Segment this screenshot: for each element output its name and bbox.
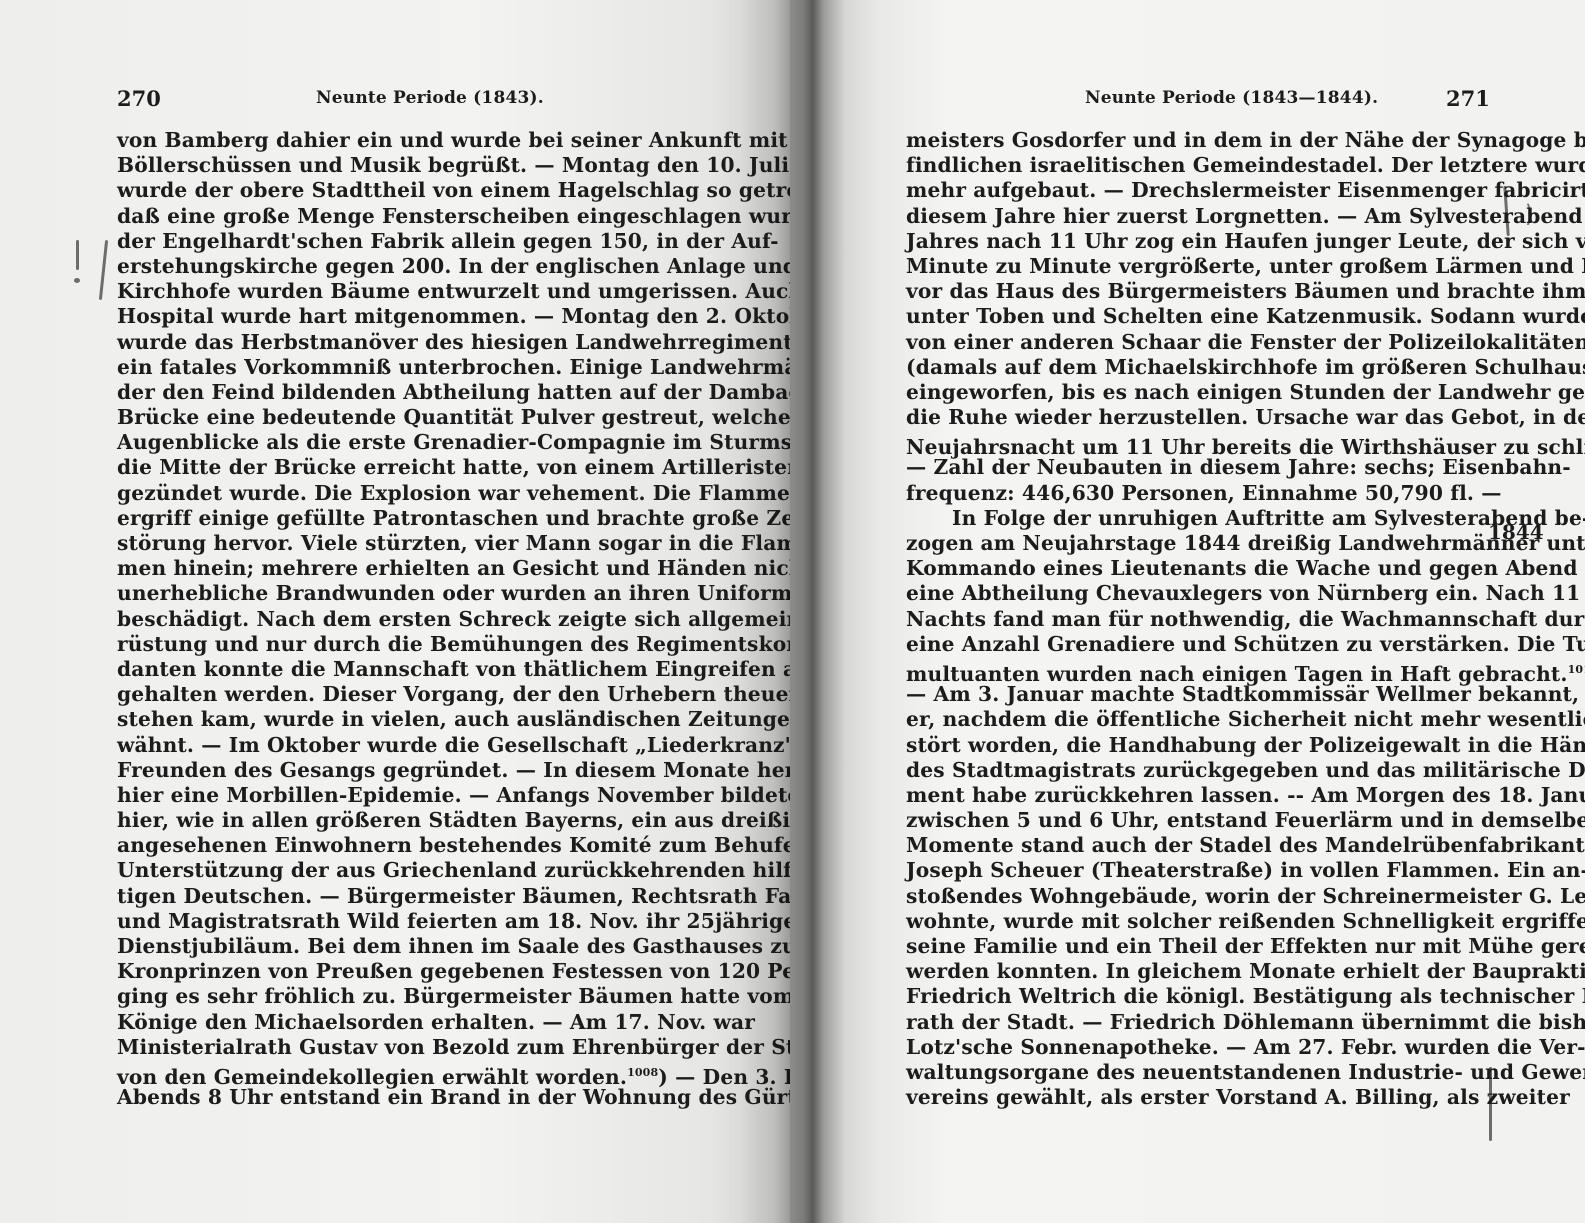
text-line: Kirchhofe wurden Bäume entwurzelt und um… [117,279,682,304]
text-line: frequenz: 446,630 Personen, Einnahme 50,… [906,481,1478,506]
text-line: waltungsorgane des neuentstandenen Indus… [906,1060,1478,1085]
text-line: Friedrich Weltrich die königl. Bestätigu… [906,984,1478,1009]
text-line: wurde das Herbstmanöver des hiesigen Lan… [117,330,682,355]
text-line: beschädigt. Nach dem ersten Schreck zeig… [117,607,682,632]
text-line: ging es sehr fröhlich zu. Bürgermeister … [117,984,682,1009]
text-line: — Am 3. Januar machte Stadtkommissär Wel… [906,682,1478,707]
text-line-with-footnote: multuanten wurden nach einigen Tagen in … [906,657,1478,682]
left-body-text: von Bamberg dahier ein und wurde bei sei… [117,128,682,1110]
text-line: Augenblicke als die erste Grenadier-Comp… [117,430,682,455]
text-line: unerhebliche Brandwunden oder wurden an … [117,581,682,606]
text-line: er, nachdem die öffentliche Sicherheit n… [906,707,1478,732]
text-line: erstehungskirche gegen 200. In der engli… [117,254,682,279]
text-line: hier eine Morbillen-Epidemie. — Anfangs … [117,783,682,808]
text-line: (damals auf dem Michaelskirchhofe im grö… [906,355,1478,380]
text-line-with-footnote: Neujahrsnacht um 11 Uhr bereits die Wirt… [906,430,1478,455]
footnote-ref: 1010 [1568,663,1585,676]
footnote-ref: 1008 [627,1066,658,1079]
text-line: rüstung und nur durch die Bemühungen des… [117,632,682,657]
text-line: von einer anderen Schaar die Fenster der… [906,330,1478,355]
text-line: zwischen 5 und 6 Uhr, entstand Feuerlärm… [906,808,1478,833]
text-line: stehen kam, wurde in vielen, auch auslän… [117,707,682,732]
text-line: tigen Deutschen. — Bürgermeister Bäumen,… [117,884,682,909]
text-line: men hinein; mehrere erhielten an Gesicht… [117,556,682,581]
text-line: rath der Stadt. — Friedrich Döhlemann üb… [906,1010,1478,1035]
pencil-exclamation-dot [74,278,80,283]
text-line: des Stadtmagistrats zurückgegeben und da… [906,758,1478,783]
text-line: Könige den Michaelsorden erhalten. — Am … [117,1010,682,1035]
text-line: Brücke eine bedeutende Quantität Pulver … [117,405,682,430]
text-line: Ministerialrath Gustav von Bezold zum Eh… [117,1035,682,1060]
text-line: Böllerschüssen und Musik begrüßt. — Mont… [117,153,682,178]
text-line: wähnt. — Im Oktober wurde die Gesellscha… [117,733,682,758]
text-line-with-footnote: von den Gemeindekollegien erwählt worden… [117,1060,682,1085]
text-line: unter Toben und Schelten eine Katzenmusi… [906,304,1478,329]
page-number-right: 271 [1446,86,1490,111]
text-line: gezündet wurde. Die Explosion war veheme… [117,481,682,506]
text-line: stört worden, die Handhabung der Polizei… [906,733,1478,758]
text-line: störung hervor. Viele stürzten, vier Man… [117,531,682,556]
text-line: vor das Haus des Bürgermeisters Bäumen u… [906,279,1478,304]
pencil-margin-line-left [99,240,108,300]
text-line: und Magistratsrath Wild feierten am 18. … [117,909,682,934]
text-line: ergriff einige gefüllte Patrontaschen un… [117,506,682,531]
running-head-right: Neunte Periode (1843—1844). [1085,88,1378,108]
left-page: 270 Neunte Periode (1843). von Bamberg d… [0,0,790,1223]
text-line: Momente stand auch der Stadel des Mandel… [906,833,1478,858]
text-line: danten konnte die Mannschaft von thätlic… [117,657,682,682]
text-line: zogen am Neujahrstage 1844 dreißig Landw… [906,531,1478,556]
text-line: werden konnten. In gleichem Monate erhie… [906,959,1478,984]
text-line: meisters Gosdorfer und in dem in der Näh… [906,128,1478,153]
text-line: Minute zu Minute vergrößerte, unter groß… [906,254,1478,279]
text-line: der Engelhardt'schen Fabrik allein gegen… [117,229,682,254]
text-line: Kommando eines Lieutenants die Wache und… [906,556,1478,581]
page-number-left: 270 [117,86,161,111]
text-line: die Mitte der Brücke erreicht hatte, von… [117,455,682,480]
text-line: wohnte, wurde mit solcher reißenden Schn… [906,909,1478,934]
text-line: Freunden des Gesangs gegründet. — In die… [117,758,682,783]
text-line: angesehenen Einwohnern bestehendes Komit… [117,833,682,858]
text-line: stoßendes Wohngebäude, worin der Schrein… [906,884,1478,909]
text-line: hier, wie in allen größeren Städten Baye… [117,808,682,833]
text-line: eine Anzahl Grenadiere und Schützen zu v… [906,632,1478,657]
text-line: — Zahl der Neubauten in diesem Jahre: se… [906,455,1478,480]
text-line: gehalten werden. Dieser Vorgang, der den… [117,682,682,707]
text-line: ment habe zurückkehren lassen. -- Am Mor… [906,783,1478,808]
text-line: findlichen israelitischen Gemeindestadel… [906,153,1478,178]
text-line: Jahres nach 11 Uhr zog ein Haufen junger… [906,229,1478,254]
text-line: eingeworfen, bis es nach einigen Stunden… [906,380,1478,405]
text-line: von Bamberg dahier ein und wurde bei sei… [117,128,682,153]
text-line: die Ruhe wieder herzustellen. Ursache wa… [906,405,1478,430]
text-line: mehr aufgebaut. — Drechslermeister Eisen… [906,178,1478,203]
pencil-exclamation-mark [76,240,79,270]
text-line: Abends 8 Uhr entstand ein Brand in der W… [117,1085,682,1110]
text-line: Dienstjubiläum. Bei dem ihnen im Saale d… [117,934,682,959]
text-line: seine Familie und ein Theil der Effekten… [906,934,1478,959]
text-line-paragraph-start: In Folge der unruhigen Auftritte am Sylv… [906,506,1478,531]
text-line: ein fatales Vorkommniß unterbrochen. Ein… [117,355,682,380]
text-line: eine Abtheilung Chevauxlegers von Nürnbe… [906,581,1478,606]
text-line: Unterstützung der aus Griechenland zurüc… [117,858,682,883]
text-line: Nachts fand man für nothwendig, die Wach… [906,607,1478,632]
book-spread: 270 Neunte Periode (1843). von Bamberg d… [0,0,1585,1223]
text-line: Hospital wurde hart mitgenommen. — Monta… [117,304,682,329]
text-line: wurde der obere Stadttheil von einem Hag… [117,178,682,203]
text-line: diesem Jahre hier zuerst Lorgnetten. — A… [906,204,1478,229]
text-line: vereins gewählt, als erster Vorstand A. … [906,1085,1478,1110]
running-head-left: Neunte Periode (1843). [316,88,544,108]
text-line: Joseph Scheuer (Theaterstraße) in vollen… [906,858,1478,883]
text-line: der den Feind bildenden Abtheilung hatte… [117,380,682,405]
text-line: Lotz'sche Sonnenapotheke. — Am 27. Febr.… [906,1035,1478,1060]
text-line: Kronprinzen von Preußen gegebenen Festes… [117,959,682,984]
text-line: daß eine große Menge Fensterscheiben ein… [117,204,682,229]
right-body-text: meisters Gosdorfer und in dem in der Näh… [906,128,1478,1110]
